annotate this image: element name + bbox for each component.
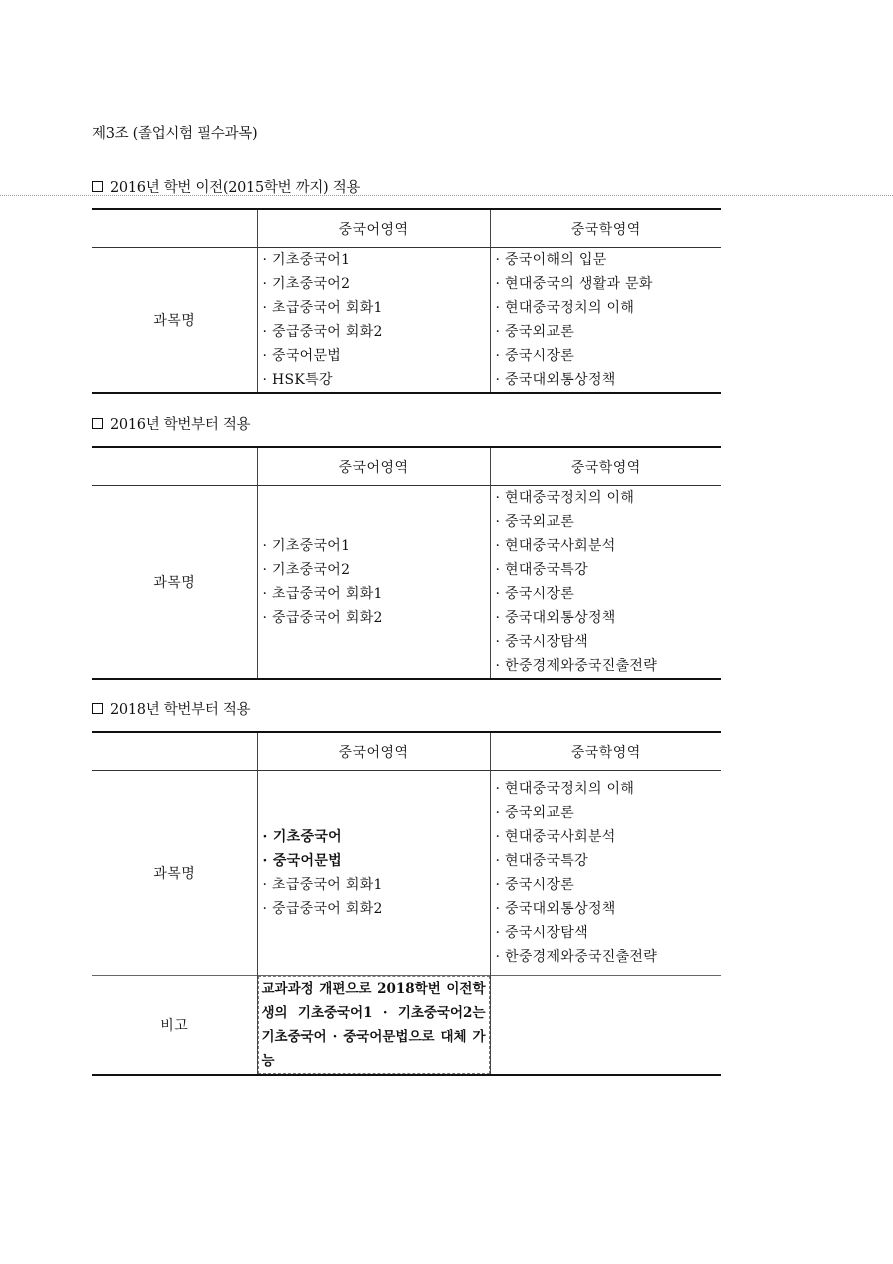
list-item: 현대중국정치의 이해 bbox=[496, 777, 722, 801]
list-item: 중국시장론 bbox=[496, 582, 722, 606]
list-item: 중급중국어 회화2 bbox=[263, 897, 490, 921]
note-text: 교과과정 개편으로 2018학번 이전학생의 기초중국어1 · 기초중국어2는 … bbox=[258, 976, 490, 1074]
section-title-1: 2016년 학번 이전(2015학번 까지) 적용 bbox=[92, 176, 360, 197]
list-item: 중국시장론 bbox=[496, 873, 722, 897]
note-text-cell: 교과과정 개편으로 2018학번 이전학생의 기초중국어1 · 기초중국어2는 … bbox=[257, 976, 490, 1076]
table-header-row: 중국어영역 중국학영역 bbox=[92, 447, 721, 486]
row-label: 과목명 bbox=[92, 486, 257, 680]
table-row: 과목명 기초중국어1 기초중국어2 초급중국어 회화1 중급중국어 회화2 현대… bbox=[92, 486, 721, 680]
list-item: 기초중국어 bbox=[263, 825, 490, 849]
list-item: 기초중국어2 bbox=[263, 272, 490, 296]
chinese-studies-cell: 현대중국정치의 이해 중국외교론 현대중국사회분석 현대중국특강 중국시장론 중… bbox=[490, 771, 721, 976]
section-title-text: 2016년 학번 이전(2015학번 까지) 적용 bbox=[110, 176, 360, 197]
requirements-table-2015: 중국어영역 중국학영역 과목명 기초중국어1 기초중국어2 초급중국어 회화1 … bbox=[92, 208, 721, 394]
section-title-3: 2018년 학번부터 적용 bbox=[92, 698, 250, 719]
list-item: 기초중국어2 bbox=[263, 558, 490, 582]
section-title-text: 2018년 학번부터 적용 bbox=[110, 698, 250, 719]
checkbox-icon bbox=[92, 181, 103, 192]
list-item: HSK특강 bbox=[263, 368, 490, 392]
section-title-2: 2016년 학번부터 적용 bbox=[92, 413, 250, 434]
list-item: 중국대외통상정책 bbox=[496, 897, 722, 921]
list-item: 초급중국어 회화1 bbox=[263, 582, 490, 606]
checkbox-icon bbox=[92, 703, 103, 714]
note-empty-cell bbox=[490, 976, 721, 1076]
list-item: 중국외교론 bbox=[496, 801, 722, 825]
list-item: 중급중국어 회화2 bbox=[263, 320, 490, 344]
list-item: 현대중국의 생활과 문화 bbox=[496, 272, 722, 296]
table-header-row: 중국어영역 중국학영역 bbox=[92, 209, 721, 248]
list-item: 현대중국사회분석 bbox=[496, 534, 722, 558]
list-item: 기초중국어1 bbox=[263, 534, 490, 558]
requirements-table-2018: 중국어영역 중국학영역 과목명 기초중국어 중국어문법 초급중국어 회화1 중급… bbox=[92, 731, 721, 1076]
chinese-studies-cell: 현대중국정치의 이해 중국외교론 현대중국사회분석 현대중국특강 중국시장론 중… bbox=[490, 486, 721, 680]
list-item: 중국시장탐색 bbox=[496, 921, 722, 945]
list-item: 중국이해의 입문 bbox=[496, 248, 722, 272]
list-item: 중국외교론 bbox=[496, 510, 722, 534]
note-label: 비고 bbox=[92, 976, 257, 1076]
list-item: 현대중국특강 bbox=[496, 849, 722, 873]
header-chinese-language: 중국어영역 bbox=[257, 209, 490, 248]
table-row: 과목명 기초중국어 중국어문법 초급중국어 회화1 중급중국어 회화2 현대중국… bbox=[92, 771, 721, 976]
note-row: 비고 교과과정 개편으로 2018학번 이전학생의 기초중국어1 · 기초중국어… bbox=[92, 976, 721, 1076]
list-item: 중국대외통상정책 bbox=[496, 368, 722, 392]
list-item: 중국시장론 bbox=[496, 344, 722, 368]
list-item: 현대중국특강 bbox=[496, 558, 722, 582]
dotted-divider bbox=[0, 195, 893, 196]
chinese-studies-cell: 중국이해의 입문 현대중국의 생활과 문화 현대중국정치의 이해 중국외교론 중… bbox=[490, 248, 721, 394]
list-item: 한중경제와중국진출전략 bbox=[496, 945, 722, 969]
list-item: 중국대외통상정책 bbox=[496, 606, 722, 630]
chinese-language-cell: 기초중국어 중국어문법 초급중국어 회화1 중급중국어 회화2 bbox=[257, 771, 490, 976]
list-item: 중급중국어 회화2 bbox=[263, 606, 490, 630]
row-label: 과목명 bbox=[92, 771, 257, 976]
header-empty bbox=[92, 447, 257, 486]
list-item: 초급중국어 회화1 bbox=[263, 296, 490, 320]
header-chinese-language: 중국어영역 bbox=[257, 732, 490, 771]
table-row: 과목명 기초중국어1 기초중국어2 초급중국어 회화1 중급중국어 회화2 중국… bbox=[92, 248, 721, 394]
list-item: 초급중국어 회화1 bbox=[263, 873, 490, 897]
header-empty bbox=[92, 209, 257, 248]
list-item: 현대중국사회분석 bbox=[496, 825, 722, 849]
list-item: 중국어문법 bbox=[263, 344, 490, 368]
chinese-language-cell: 기초중국어1 기초중국어2 초급중국어 회화1 중급중국어 회화2 중국어문법 … bbox=[257, 248, 490, 394]
list-item: 중국외교론 bbox=[496, 320, 722, 344]
header-chinese-language: 중국어영역 bbox=[257, 447, 490, 486]
header-chinese-studies: 중국학영역 bbox=[490, 447, 721, 486]
header-empty bbox=[92, 732, 257, 771]
chinese-language-cell: 기초중국어1 기초중국어2 초급중국어 회화1 중급중국어 회화2 bbox=[257, 486, 490, 680]
list-item: 중국시장탐색 bbox=[496, 630, 722, 654]
section-title-text: 2016년 학번부터 적용 bbox=[110, 413, 250, 434]
header-chinese-studies: 중국학영역 bbox=[490, 209, 721, 248]
list-item: 현대중국정치의 이해 bbox=[496, 486, 722, 510]
list-item: 현대중국정치의 이해 bbox=[496, 296, 722, 320]
row-label: 과목명 bbox=[92, 248, 257, 394]
requirements-table-2016: 중국어영역 중국학영역 과목명 기초중국어1 기초중국어2 초급중국어 회화1 … bbox=[92, 446, 721, 680]
list-item: 한중경제와중국진출전략 bbox=[496, 654, 722, 678]
header-chinese-studies: 중국학영역 bbox=[490, 732, 721, 771]
list-item: 중국어문법 bbox=[263, 849, 490, 873]
table-header-row: 중국어영역 중국학영역 bbox=[92, 732, 721, 771]
checkbox-icon bbox=[92, 418, 103, 429]
article-title: 제3조 (졸업시험 필수과목) bbox=[92, 122, 257, 143]
list-item: 기초중국어1 bbox=[263, 248, 490, 272]
